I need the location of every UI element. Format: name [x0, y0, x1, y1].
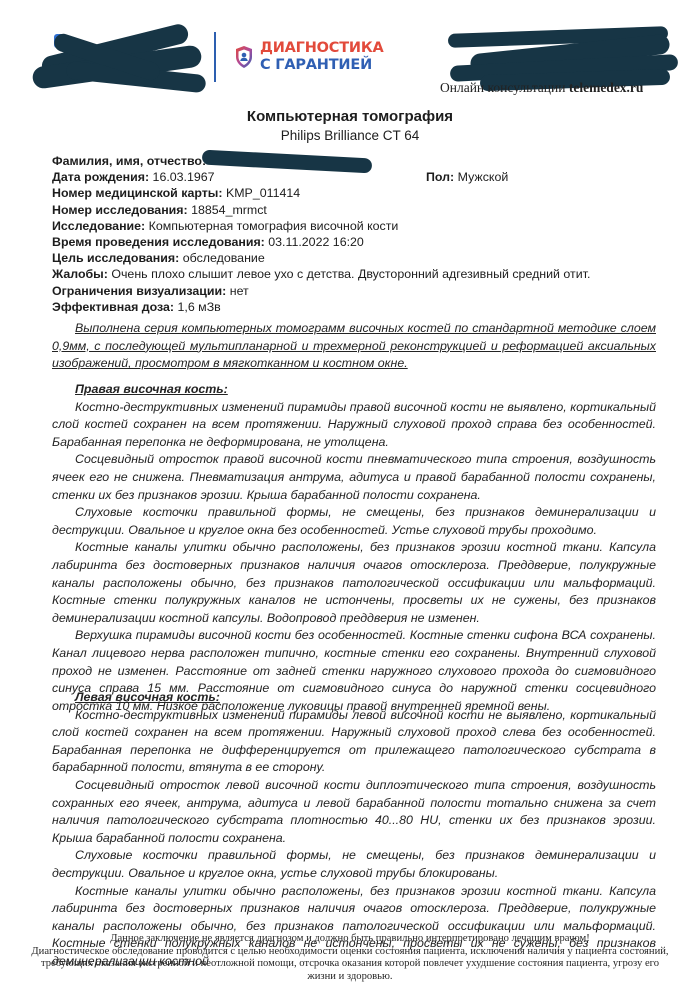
field-goal: Цель исследования: обследование [52, 250, 672, 266]
field-label: Цель исследования: [52, 251, 179, 265]
logo-divider [214, 32, 216, 82]
field-fio: Фамилия, имя, отчество: [52, 153, 672, 169]
field-label: Эффективная доза: [52, 300, 174, 314]
brand-name-line2: С ГАРАНТИЕЙ [260, 57, 384, 74]
field-value: Компьютерная томография височной кости [149, 219, 399, 233]
left-temporal-bone-section: Левая височная кость: Костно-деструктивн… [52, 689, 656, 971]
field-value: KMP_011414 [226, 186, 300, 200]
field-value: 1,6 мЗв [178, 300, 221, 314]
field-label: Фамилия, имя, отчество: [52, 154, 206, 168]
field-value: 18854_mrmct [191, 203, 267, 217]
field-label: Жалобы: [52, 267, 108, 281]
field-value: 03.11.2022 16:20 [268, 235, 364, 249]
section-heading: Правая височная кость: [75, 381, 656, 399]
shield-person-icon [234, 45, 254, 69]
field-label: Ограничения визуализации: [52, 284, 226, 298]
finding-paragraph: Сосцевидный отросток правой височной кос… [52, 451, 656, 504]
field-value: обследование [183, 251, 265, 265]
disclaimer: Данное заключение не является диагнозом … [30, 933, 670, 983]
document-title: Компьютерная томография [0, 108, 700, 125]
finding-paragraph: Костные каналы улитки обычно расположены… [52, 539, 656, 627]
field-limits: Ограничения визуализации: нет [52, 283, 672, 299]
field-label: Пол: [426, 170, 454, 184]
field-value: Мужской [458, 170, 509, 184]
field-complaints: Жалобы: Очень плохо слышит левое ухо с д… [52, 266, 672, 282]
field-label: Время проведения исследования: [52, 235, 265, 249]
online-consultation: Онлайн консультации telemedex.ru [440, 80, 643, 96]
online-consultation-site[interactable]: telemedex.ru [569, 80, 644, 95]
finding-paragraph: Слуховые косточки правильной формы, не с… [52, 847, 656, 882]
organization-info: " 5 Липец Онлайн консультации telemedex.… [440, 28, 690, 98]
section-heading: Левая височная кость: [75, 689, 656, 707]
finding-paragraph: Костно-деструктивных изменений пирамиды … [52, 399, 656, 452]
document-header: ДИАГНОСТИКА С ГАРАНТИЕЙ " 5 Липец Онлайн… [0, 0, 700, 100]
partner-logo-redacted [22, 22, 202, 92]
online-consultation-label: Онлайн консультации [440, 80, 565, 95]
field-study: Исследование: Компьютерная томография ви… [52, 218, 672, 234]
brand-logo: ДИАГНОСТИКА С ГАРАНТИЕЙ [234, 40, 384, 74]
field-study-number: Номер исследования: 18854_mrmct [52, 202, 672, 218]
field-card: Номер медицинской карты: KMP_011414 [52, 185, 672, 201]
finding-paragraph: Костно-деструктивных изменений пирамиды … [52, 707, 656, 777]
finding-paragraph: Слуховые косточки правильной формы, не с… [52, 504, 656, 539]
field-dob: Дата рождения: 16.03.1967 Пол: Мужской [52, 169, 672, 185]
field-value: Очень плохо слышит левое ухо с детства. … [111, 267, 590, 281]
brand-name-line1: ДИАГНОСТИКА [260, 40, 384, 57]
disclaimer-line1: Данное заключение не является диагнозом … [30, 933, 670, 946]
field-dose: Эффективная доза: 1,6 мЗв [52, 299, 672, 315]
patient-info: Фамилия, имя, отчество: Дата рождения: 1… [52, 153, 672, 315]
field-sex: Пол: Мужской [426, 169, 508, 185]
method-description: Выполнена серия компьютерных томограмм в… [52, 320, 656, 373]
field-label: Исследование: [52, 219, 145, 233]
field-label: Номер исследования: [52, 203, 188, 217]
field-label: Номер медицинской карты: [52, 186, 223, 200]
field-time: Время проведения исследования: 03.11.202… [52, 234, 672, 250]
scanner-model: Philips Brilliance CT 64 [0, 128, 700, 143]
intro-paragraph: Выполнена серия компьютерных томограмм в… [52, 320, 656, 373]
right-temporal-bone-section: Правая височная кость: Костно-деструктив… [52, 381, 656, 715]
field-label: Дата рождения: [52, 170, 149, 184]
finding-paragraph: Сосцевидный отросток левой височной кост… [52, 777, 656, 847]
field-value: нет [230, 284, 249, 298]
field-value: 16.03.1967 [153, 170, 215, 184]
disclaimer-line2: Диагностическое обследование проводится … [30, 946, 670, 984]
